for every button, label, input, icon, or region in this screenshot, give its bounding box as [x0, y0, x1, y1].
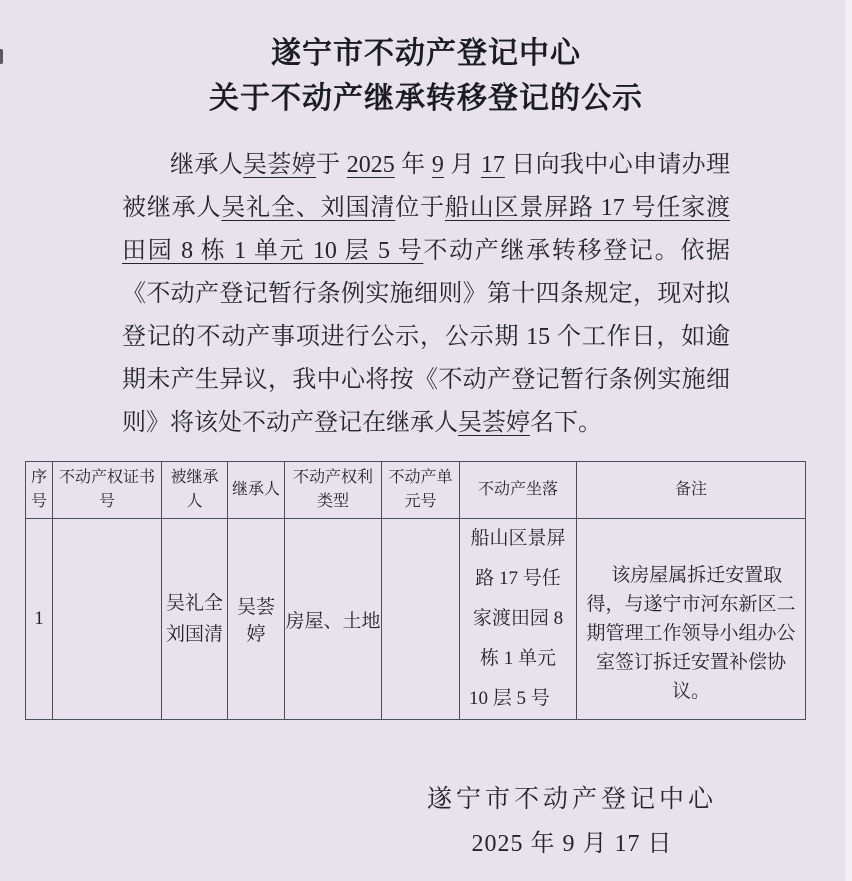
underlined-month: 9 — [432, 152, 444, 178]
cell-cert-no — [53, 519, 162, 720]
underlined-year: 2025 — [347, 152, 395, 178]
header-right-type: 不动产权利类型 — [285, 462, 382, 519]
title-line-2: 关于不动产继承转移登记的公示 — [0, 76, 852, 121]
underlined-heir-name: 吴荟婷 — [458, 410, 530, 436]
header-heir: 继承人 — [228, 462, 285, 519]
header-seq-no: 序号 — [26, 462, 53, 519]
signature-block: 遂宁市不动产登记中心 2025 年 9 月 17 日 — [421, 784, 723, 859]
table-row: 1 吴礼全 刘国清 吴荟婷 房屋、土地 船山区景屏路 17 号任家渡田园 8 栋… — [26, 519, 806, 720]
cell-remark: 该房屋属拆迁安置取得，与遂宁市河东新区二期管理工作领导小组办公室签订拆迁安置补偿… — [577, 519, 806, 720]
document-title: 遂宁市不动产登记中心 关于不动产继承转移登记的公示 — [0, 31, 852, 121]
header-location: 不动产坐落 — [460, 462, 577, 519]
underlined-decedent-names: 吴礼全、刘国清 — [221, 195, 395, 221]
underlined-heir-name: 吴荟婷 — [243, 152, 316, 178]
notice-paragraph: 继承人吴荟婷于 2025 年 9 月 17 日向我中心申请办理被继承人吴礼全、刘… — [122, 144, 730, 445]
header-decedent: 被继承人 — [162, 462, 228, 519]
paragraph-segment: 月 — [444, 152, 481, 178]
cell-seq-no: 1 — [26, 519, 53, 720]
scan-artifact — [0, 49, 3, 64]
paragraph-segment: 名下。 — [530, 410, 602, 436]
scan-edge-artifact — [845, 0, 852, 881]
paragraph-segment: 于 — [316, 152, 347, 178]
table-header-row: 序号 不动产权证书号 被继承人 继承人 不动产权利类型 不动产单元号 不动产坐落… — [26, 462, 806, 519]
cell-heir: 吴荟婷 — [228, 519, 285, 720]
paragraph-segment: 不动产继承转移登记。依据《不动产登记暂行条例实施细则》第十四条规定，现对拟登记的… — [122, 238, 730, 436]
cell-decedents: 吴礼全 刘国清 — [162, 519, 228, 720]
paragraph-segment: 继承人 — [170, 152, 243, 178]
scanned-notice-page: 遂宁市不动产登记中心 关于不动产继承转移登记的公示 继承人吴荟婷于 2025 年… — [0, 0, 852, 881]
title-line-1: 遂宁市不动产登记中心 — [0, 31, 852, 76]
cell-location: 船山区景屏路 17 号任家渡田园 8 栋 1 单元 10 层 5 号 — [460, 519, 577, 720]
signature-date: 2025 年 9 月 17 日 — [421, 829, 723, 859]
cell-unit-no — [382, 519, 460, 720]
header-cert-no: 不动产权证书号 — [53, 462, 162, 519]
header-unit-no: 不动产单元号 — [382, 462, 460, 519]
header-remark: 备注 — [577, 462, 806, 519]
paragraph-segment: 位于 — [395, 195, 445, 221]
property-registration-table: 序号 不动产权证书号 被继承人 继承人 不动产权利类型 不动产单元号 不动产坐落… — [25, 461, 806, 720]
paragraph-segment: 年 — [395, 152, 432, 178]
underlined-day: 17 — [481, 152, 505, 178]
signature-org-name: 遂宁市不动产登记中心 — [421, 784, 723, 816]
cell-right-type: 房屋、土地 — [285, 519, 382, 720]
